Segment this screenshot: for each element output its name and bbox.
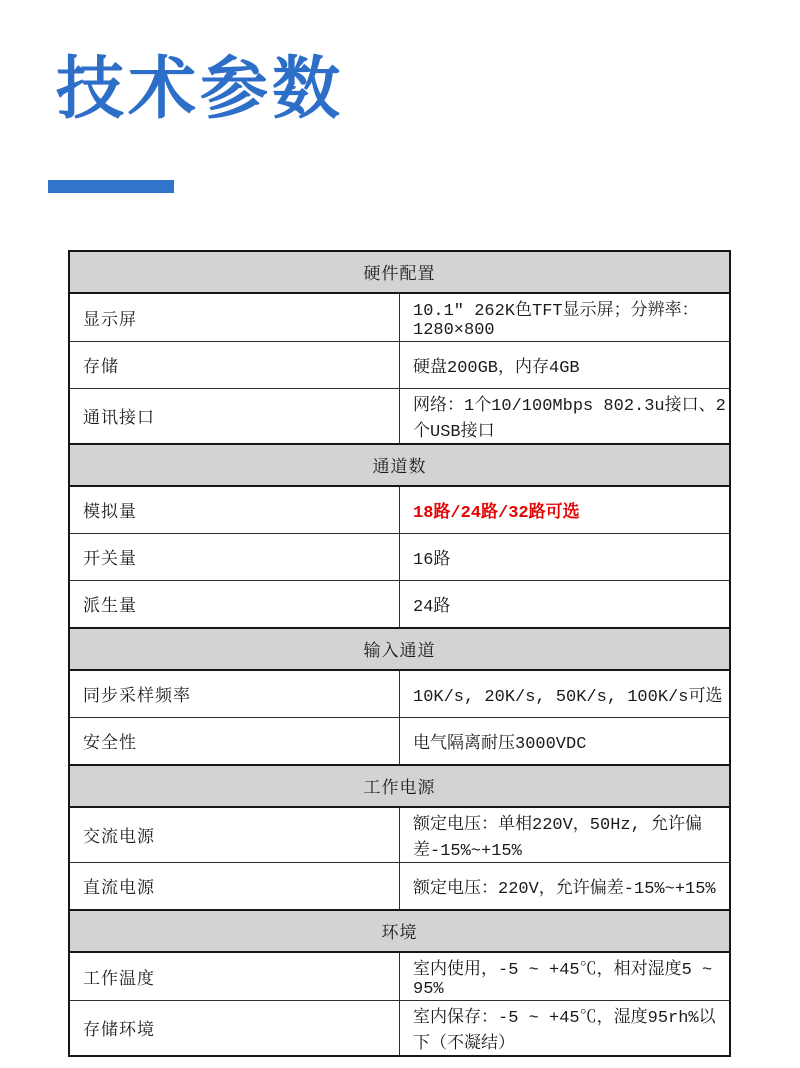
spec-row-sample-rate: 同步采样频率 10K/s, 20K/s, 50K/s, 100K/s可选: [69, 670, 730, 718]
spec-value: 电气隔离耐压3000VDC: [400, 718, 731, 766]
spec-value: 室内使用，-5 ~ +45℃，相对湿度5 ~ 95%: [400, 952, 731, 1001]
spec-label: 通讯接口: [69, 389, 400, 445]
section-header-channel-count: 通道数: [69, 444, 730, 486]
spec-value: 10K/s, 20K/s, 50K/s, 100K/s可选: [400, 670, 731, 718]
spec-label: 派生量: [69, 581, 400, 629]
spec-value: 网络：1个10/100Mbps 802.3u接口、2个USB接口: [400, 389, 731, 445]
spec-value: 额定电压：220V，允许偏差-15%~+15%: [400, 863, 731, 911]
spec-label: 工作温度: [69, 952, 400, 1001]
spec-label: 安全性: [69, 718, 400, 766]
spec-value-highlighted: 18路/24路/32路可选: [400, 486, 731, 534]
section-header-row: 通道数: [69, 444, 730, 486]
spec-row-storage-environment: 存储环境 室内保存：-5 ~ +45℃，湿度95rh%以下（不凝结）: [69, 1001, 730, 1057]
section-header-row: 硬件配置: [69, 251, 730, 293]
spec-label: 开关量: [69, 534, 400, 581]
section-header-row: 工作电源: [69, 765, 730, 807]
spec-value: 硬盘200GB，内存4GB: [400, 342, 731, 389]
spec-row-safety: 安全性 电气隔离耐压3000VDC: [69, 718, 730, 766]
spec-row-dc-power: 直流电源 额定电压：220V，允许偏差-15%~+15%: [69, 863, 730, 911]
spec-label: 存储环境: [69, 1001, 400, 1057]
spec-label: 交流电源: [69, 807, 400, 863]
page-title: 技术参数: [56, 52, 344, 127]
section-header-row: 环境: [69, 910, 730, 952]
spec-row-analog-channels: 模拟量 18路/24路/32路可选: [69, 486, 730, 534]
section-header-environment: 环境: [69, 910, 730, 952]
section-header-hardware-config: 硬件配置: [69, 251, 730, 293]
spec-value: 10.1″ 262K色TFT显示屏；分辨率：1280×800: [400, 293, 731, 342]
section-header-input-channel: 输入通道: [69, 628, 730, 670]
spec-row-storage: 存储 硬盘200GB，内存4GB: [69, 342, 730, 389]
spec-label: 模拟量: [69, 486, 400, 534]
spec-label: 显示屏: [69, 293, 400, 342]
spec-row-switch-channels: 开关量 16路: [69, 534, 730, 581]
title-underline-bar: [48, 180, 174, 193]
spec-row-working-temperature: 工作温度 室内使用，-5 ~ +45℃，相对湿度5 ~ 95%: [69, 952, 730, 1001]
spec-label: 同步采样频率: [69, 670, 400, 718]
spec-row-comm-interface: 通讯接口 网络：1个10/100Mbps 802.3u接口、2个USB接口: [69, 389, 730, 445]
section-header-working-power: 工作电源: [69, 765, 730, 807]
spec-value: 16路: [400, 534, 731, 581]
section-header-row: 输入通道: [69, 628, 730, 670]
spec-row-ac-power: 交流电源 额定电压：单相220V，50Hz, 允许偏差-15%~+15%: [69, 807, 730, 863]
spec-table: 硬件配置 显示屏 10.1″ 262K色TFT显示屏；分辨率：1280×800 …: [68, 250, 731, 1057]
spec-row-display: 显示屏 10.1″ 262K色TFT显示屏；分辨率：1280×800: [69, 293, 730, 342]
spec-value: 额定电压：单相220V，50Hz, 允许偏差-15%~+15%: [400, 807, 731, 863]
spec-row-derived-channels: 派生量 24路: [69, 581, 730, 629]
spec-value: 24路: [400, 581, 731, 629]
spec-label: 存储: [69, 342, 400, 389]
spec-value: 室内保存：-5 ~ +45℃，湿度95rh%以下（不凝结）: [400, 1001, 731, 1057]
spec-label: 直流电源: [69, 863, 400, 911]
